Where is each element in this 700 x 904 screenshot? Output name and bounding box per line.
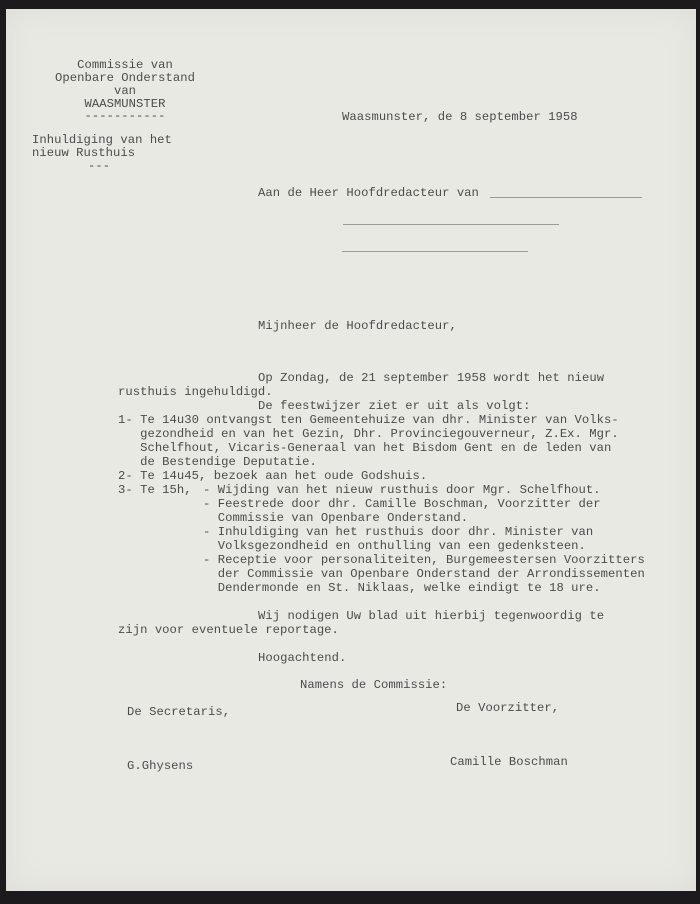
item-3-sub-4-line2: der Commissie van Openbare Onderstand de… (203, 568, 645, 581)
item-1-line2: gezondheid en van het Gezin, Dhr. Provin… (118, 428, 619, 441)
salutation: Mijnheer de Hoofdredacteur, (258, 320, 457, 333)
dateline: Waasmunster, de 8 september 1958 (342, 111, 578, 124)
item-3-sub-4-line1: - Receptie voor personaliteiten, Burgeme… (203, 554, 645, 567)
chairman-name: Camille Boschman (450, 756, 568, 769)
chairman-title: De Voorzitter, (456, 702, 559, 715)
para2-line1: Wij nodigen Uw blad uit hierbij tegenwoo… (258, 610, 604, 623)
addressee-blank-1 (490, 197, 642, 198)
item-1-line4: de Bestendige Deputatie. (118, 456, 317, 469)
para1-line1: Op Zondag, de 21 september 1958 wordt he… (258, 372, 604, 385)
item-3-sub-2-line1: - Feestrede door dhr. Camille Boschman, … (203, 498, 601, 511)
addressee-blank-2 (343, 224, 559, 225)
para2-line2: zijn voor eventuele reportage. (118, 624, 339, 637)
item-3-prefix: 3- Te 15h, (118, 484, 192, 497)
secretary-title: De Secretaris, (127, 706, 230, 719)
item-3-sub-3-line2: Volksgezondheid en onthulling van een ge… (203, 540, 586, 553)
addressee-line: Aan de Heer Hoofdredacteur van (258, 187, 479, 200)
item-3-sub-4-line3: Dendermonde en St. Niklaas, welke eindig… (203, 582, 601, 595)
item-3-sub-3-line1: - Inhuldiging van het rusthuis door dhr.… (203, 526, 593, 539)
letterhead-separator: ----------- (40, 110, 210, 123)
program-intro: De feestwijzer ziet er uit als volgt: (258, 400, 530, 413)
item-3-sub-2-line2: Commissie van Openbare Onderstand. (203, 512, 468, 525)
item-3-sub-1: - Wijding van het nieuw rusthuis door Mg… (203, 484, 601, 497)
item-1-line3: Schelfhout, Vicaris-Generaal van het Bis… (118, 442, 611, 455)
on-behalf: Namens de Commissie: (300, 679, 447, 692)
addressee-blank-3 (342, 251, 528, 252)
secretary-name: G.Ghysens (127, 760, 193, 773)
para1-line2: rusthuis ingehuldigd. (118, 386, 273, 399)
subject-separator: --- (88, 160, 110, 173)
item-1-line1: 1- Te 14u30 ontvangst ten Gemeentehuize … (118, 414, 619, 427)
item-2: 2- Te 14u45, bezoek aan het oude Godshui… (118, 470, 427, 483)
closing: Hoogachtend. (258, 652, 346, 665)
subject-line-2: nieuw Rusthuis (32, 147, 135, 160)
